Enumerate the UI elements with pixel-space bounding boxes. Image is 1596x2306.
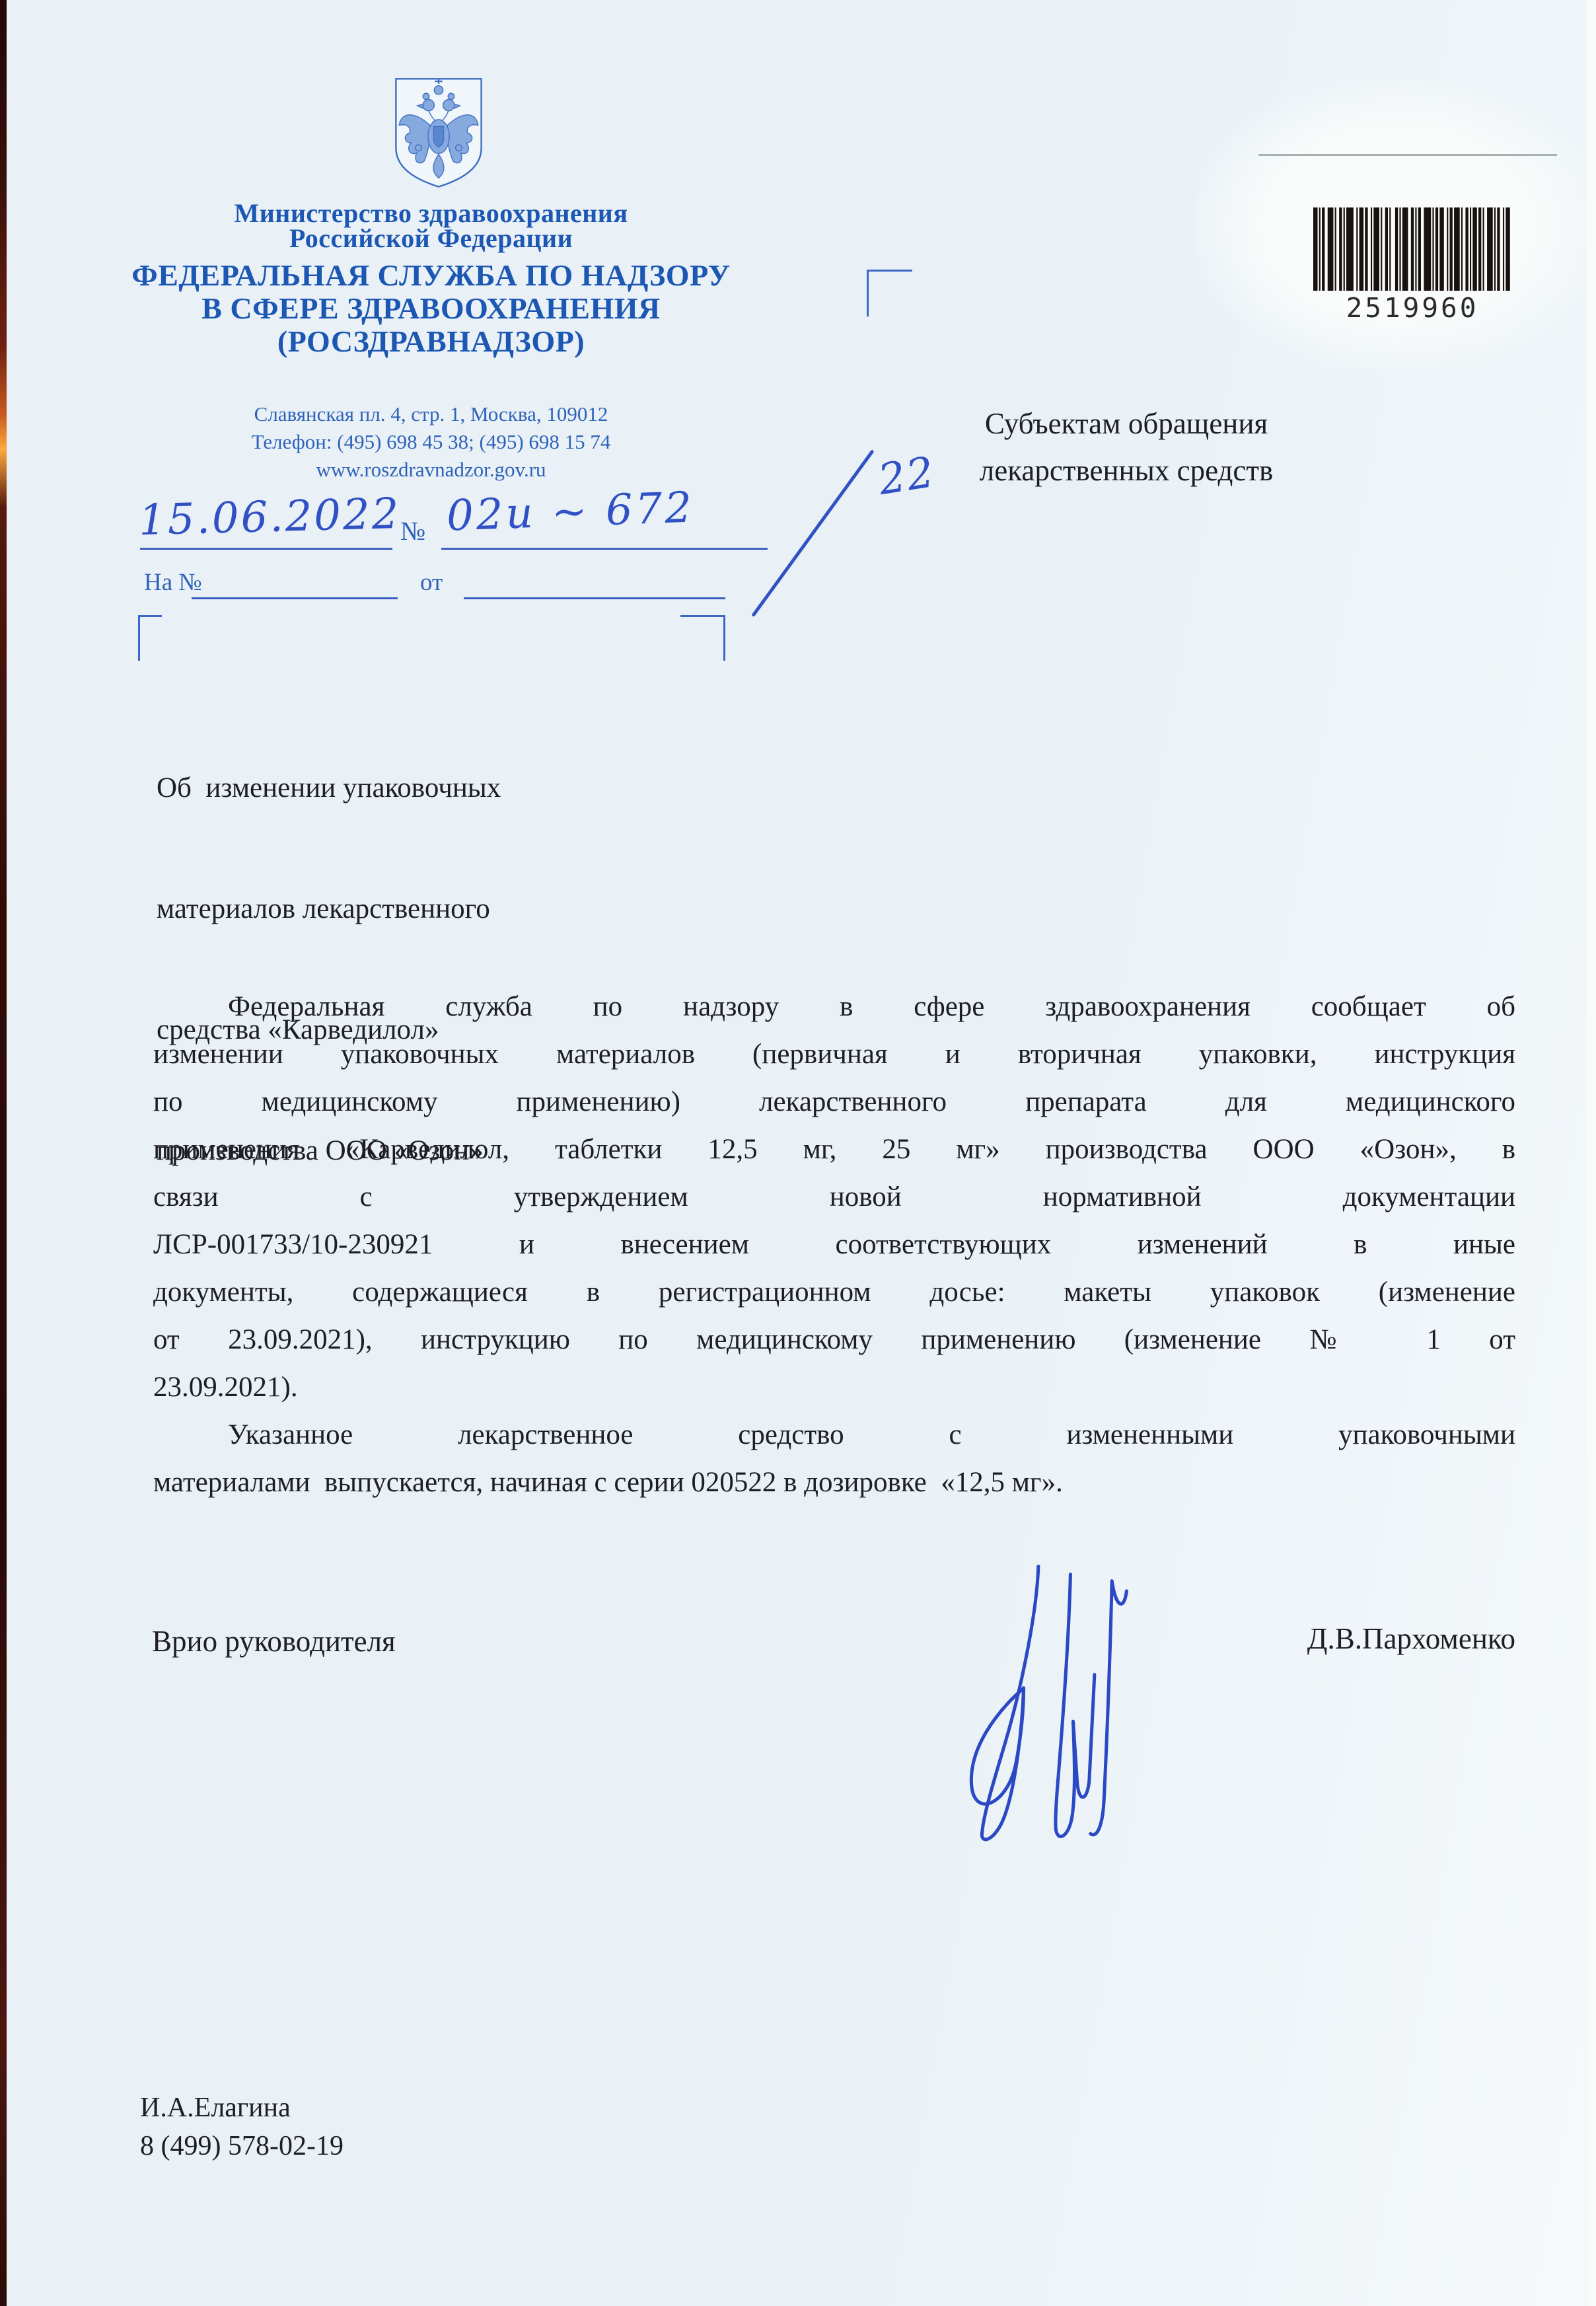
subject-corner-mark-right (680, 615, 725, 661)
body-line: Федеральная служба по надзору в сфере зд… (153, 983, 1515, 1031)
ministry-line2: Российской Федерации (112, 226, 750, 251)
body-line: изменении упаковочных материалов (первич… (153, 1031, 1515, 1078)
handwritten-outgoing-number: 02и ~ 672 (446, 483, 695, 540)
reply-from-label: от (420, 568, 443, 597)
body-line: 23.09.2021). (153, 1364, 1515, 1411)
executor-phone: 8 (499) 578-02-19 (140, 2130, 344, 2162)
addressee-block: Субъектам обращения лекарственных средст… (958, 400, 1295, 494)
scan-edge-left (0, 0, 7, 2306)
number-underline (441, 548, 768, 550)
letterhead-contacts: Славянская пл. 4, стр. 1, Москва, 109012… (112, 400, 750, 484)
subject-corner-mark-left (138, 615, 162, 661)
handwritten-slash (751, 449, 874, 617)
executor-name: И.А.Елагина (140, 2092, 291, 2124)
ministry-name: Министерство здравоохранения Российской … (112, 201, 750, 251)
body-line: ЛСР-001733/10-230921 и внесением соответ… (153, 1221, 1515, 1269)
subject-line: Об изменении упаковочных (157, 768, 526, 808)
body-line: по медицинскому применению) лекарственно… (153, 1078, 1515, 1126)
letter-body: Федеральная служба по надзору в сфере зд… (153, 983, 1515, 1506)
body-line: документы, содержащиеся в регистрационно… (153, 1269, 1515, 1316)
addressee-corner-mark (867, 270, 912, 316)
addressee-line2: лекарственных средств (958, 447, 1295, 494)
date-underline (140, 548, 392, 550)
ministry-line1: Министерство здравоохранения (112, 201, 750, 226)
reply-to-number-label: На № (144, 568, 202, 597)
reply-number-blank-line (192, 597, 398, 599)
letterhead-website: www.roszdravnadzor.gov.ru (112, 456, 750, 484)
service-line1: ФЕДЕРАЛЬНАЯ СЛУЖБА ПО НАДЗОРУ (99, 259, 763, 292)
signer-position: Врио руководителя (152, 1624, 396, 1658)
subject-line: материалов лекарственного (157, 889, 526, 929)
scanned-letter-page: Министерство здравоохранения Российской … (0, 0, 1596, 2306)
handwritten-number-suffix: 22 (875, 448, 939, 505)
scan-edge-right (1587, 0, 1596, 2306)
header-divider-line (1258, 154, 1557, 156)
body-line: материалами выпускается, начиная с серии… (153, 1459, 1515, 1506)
body-line: от 23.09.2021), инструкцию по медицинско… (153, 1316, 1515, 1364)
body-line: связи с утверждением новой нормативной д… (153, 1173, 1515, 1221)
addressee-line1: Субъектам обращения (958, 400, 1295, 447)
service-name: ФЕДЕРАЛЬНАЯ СЛУЖБА ПО НАДЗОРУ В СФЕРЕ ЗД… (99, 259, 763, 358)
letterhead-address: Славянская пл. 4, стр. 1, Москва, 109012 (112, 400, 750, 428)
signer-name: Д.В.Пархоменко (855, 1621, 1515, 1656)
service-line3: (РОСЗДРАВНАДЗОР) (99, 325, 763, 358)
barcode-bars (1313, 207, 1511, 291)
body-line: применения «Карведилол, таблетки 12,5 мг… (153, 1126, 1515, 1173)
reply-date-blank-line (464, 597, 725, 599)
letterhead-phone: Телефон: (495) 698 45 38; (495) 698 15 7… (112, 428, 750, 456)
barcode-number: 2519960 (1313, 292, 1511, 324)
russia-coat-of-arms-icon (388, 69, 489, 196)
body-line: Указанное лекарственное средство с измен… (153, 1411, 1515, 1459)
service-line2: В СФЕРЕ ЗДРАВООХРАНЕНИЯ (99, 292, 763, 325)
signature-scribble (937, 1561, 1157, 1849)
registration-barcode: 2519960 (1313, 207, 1511, 324)
handwritten-date: 15.06.2022 (138, 490, 401, 545)
number-sign: № (400, 515, 425, 546)
